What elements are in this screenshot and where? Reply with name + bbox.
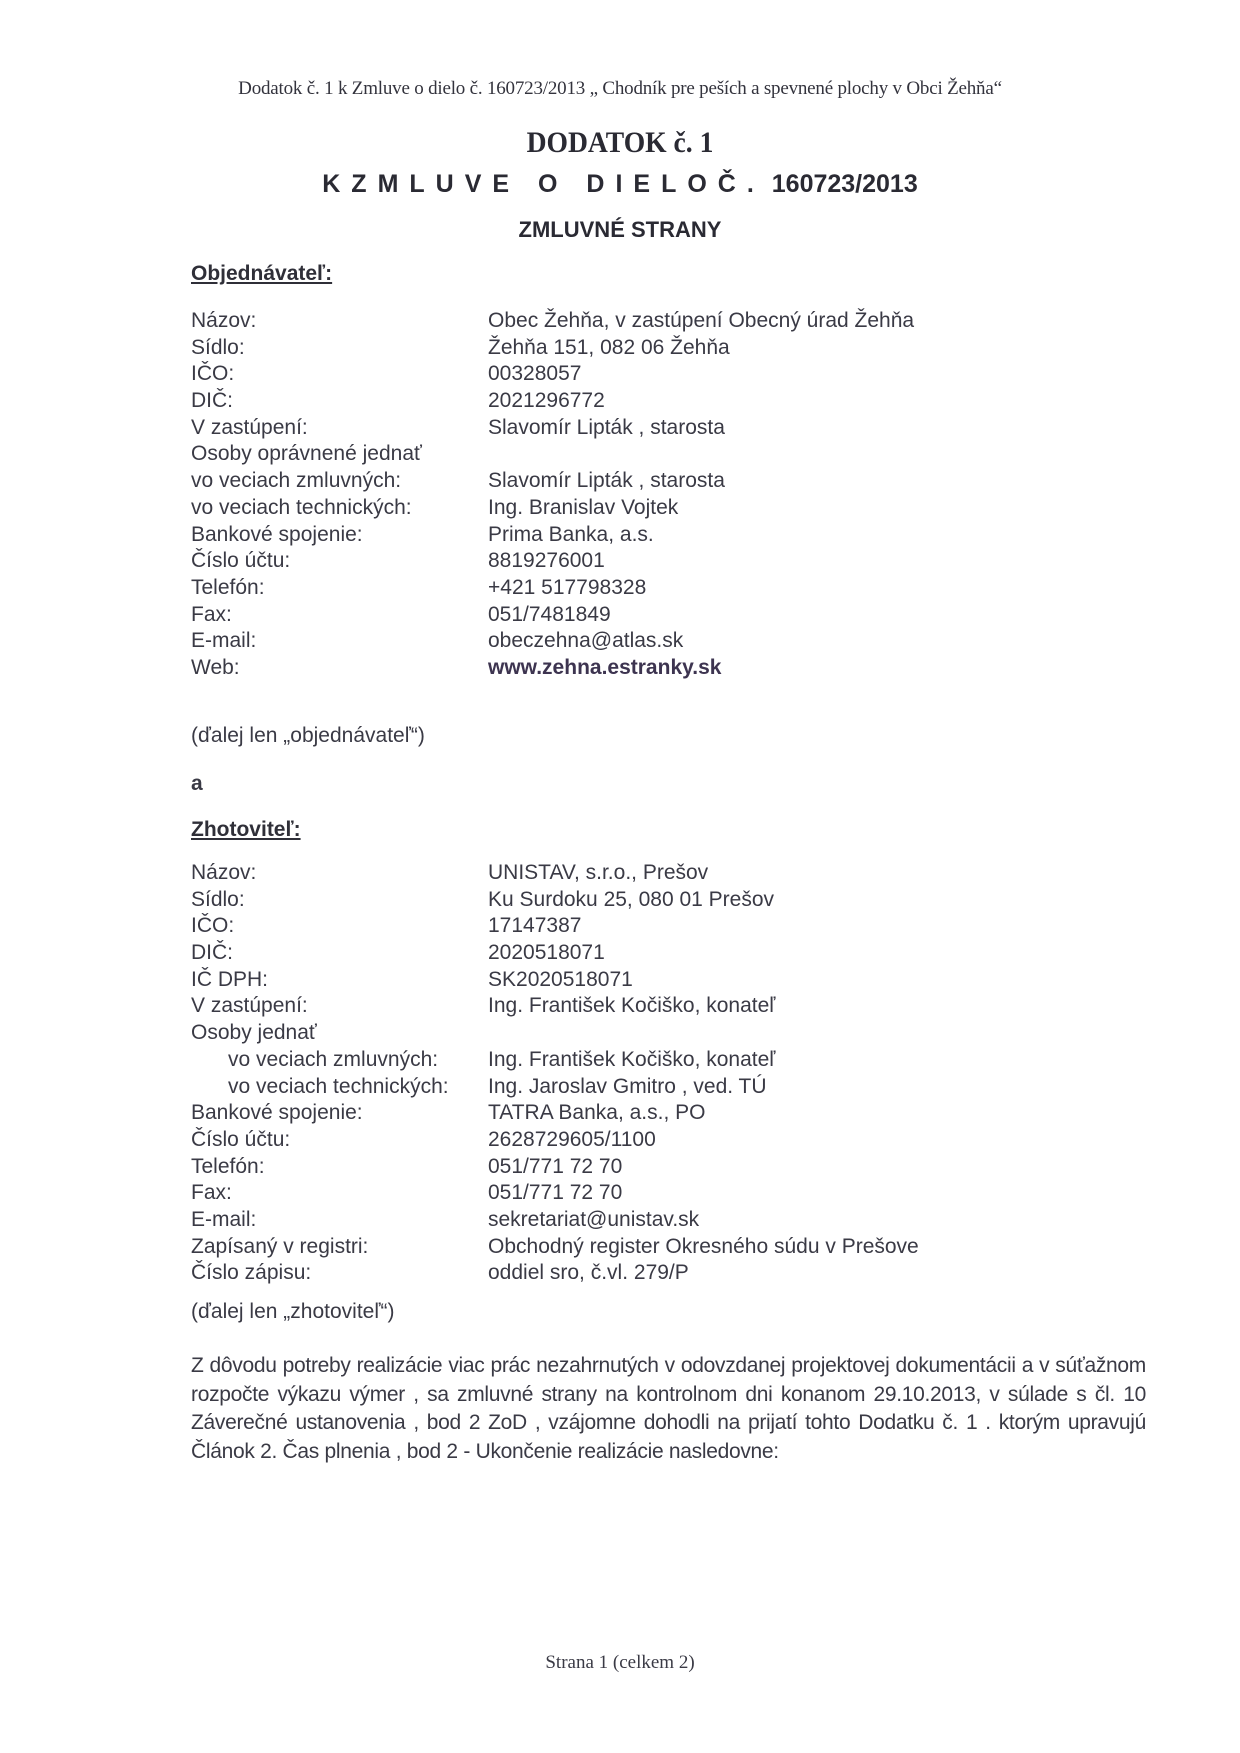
field-label: Bankové spojenie: bbox=[191, 1100, 488, 1127]
field-row: Číslo účtu:2628729605/1100 bbox=[191, 1127, 919, 1154]
objednavatel-heading: Objednávateľ: bbox=[191, 262, 332, 286]
page-footer: Strana 1 (celkem 2) bbox=[0, 1652, 1240, 1674]
running-header: Dodatok č. 1 k Zmluve o dielo č. 160723/… bbox=[0, 78, 1240, 100]
field-row: Číslo účtu:8819276001 bbox=[191, 548, 914, 575]
field-row: Názov:Obec Žehňa, v zastúpení Obecný úra… bbox=[191, 308, 914, 335]
field-label: Sídlo: bbox=[191, 335, 488, 362]
field-row: IČO:00328057 bbox=[191, 361, 914, 388]
field-label: DIČ: bbox=[191, 388, 488, 415]
field-label: Názov: bbox=[191, 860, 488, 887]
field-row: IČO:17147387 bbox=[191, 913, 919, 940]
field-row: Fax:051/7481849 bbox=[191, 602, 914, 629]
field-row: Sídlo:Žehňa 151, 082 06 Žehňa bbox=[191, 335, 914, 362]
field-value: Obchodný register Okresného súdu v Prešo… bbox=[488, 1234, 919, 1261]
field-value: 17147387 bbox=[488, 913, 581, 940]
field-row: Fax:051/771 72 70 bbox=[191, 1180, 919, 1207]
field-value: Obec Žehňa, v zastúpení Obecný úrad Žehň… bbox=[488, 308, 914, 335]
field-row: DIČ:2021296772 bbox=[191, 388, 914, 415]
field-value: 8819276001 bbox=[488, 548, 605, 575]
field-row: Bankové spojenie:TATRA Banka, a.s., PO bbox=[191, 1100, 919, 1127]
field-value: SK2020518071 bbox=[488, 967, 633, 994]
field-value: 2020518071 bbox=[488, 940, 605, 967]
field-label: Osoby jednať bbox=[191, 1020, 488, 1047]
field-label: Telefón: bbox=[191, 575, 488, 602]
field-row: Web:www.zehna.estranky.sk bbox=[191, 655, 914, 682]
email-value: sekretariat@unistav.sk bbox=[488, 1207, 699, 1234]
field-label: IČO: bbox=[191, 361, 488, 388]
field-label: Sídlo: bbox=[191, 887, 488, 914]
zhotovitel-note: (ďalej len „zhotoviteľ“) bbox=[191, 1300, 394, 1324]
field-label: Číslo účtu: bbox=[191, 548, 488, 575]
field-row: E-mail:obeczehna@atlas.sk bbox=[191, 628, 914, 655]
field-label: E-mail: bbox=[191, 628, 488, 655]
field-row: Telefón:051/771 72 70 bbox=[191, 1154, 919, 1181]
field-value: Slavomír Lipták , starosta bbox=[488, 468, 725, 495]
field-row: Názov:UNISTAV, s.r.o., Prešov bbox=[191, 860, 919, 887]
field-value: Ku Surdoku 25, 080 01 Prešov bbox=[488, 887, 774, 914]
field-label: Fax: bbox=[191, 602, 488, 629]
field-row: vo veciach zmluvných:Slavomír Lipták , s… bbox=[191, 468, 914, 495]
field-row: V zastúpení:Slavomír Lipták , starosta bbox=[191, 415, 914, 442]
objednavatel-note: (ďalej len „objednávateľ“) bbox=[191, 724, 425, 748]
field-label: Fax: bbox=[191, 1180, 488, 1207]
document-subtitle: KZMLUVE O DIELOČ. 160723/2013 bbox=[0, 170, 1240, 199]
field-row: vo veciach zmluvných:Ing. František Koči… bbox=[191, 1047, 919, 1074]
party-separator: a bbox=[191, 772, 203, 796]
zhotovitel-heading: Zhotoviteľ: bbox=[191, 818, 301, 842]
field-label: vo veciach technických: bbox=[191, 1074, 488, 1101]
field-value: Ing. Jaroslav Gmitro , ved. TÚ bbox=[488, 1074, 767, 1101]
field-label: vo veciach technických: bbox=[191, 495, 488, 522]
objednavatel-fields: Názov:Obec Žehňa, v zastúpení Obecný úra… bbox=[191, 308, 914, 682]
field-value: 00328057 bbox=[488, 361, 581, 388]
subtitle-contract-number: 160723/2013 bbox=[765, 170, 918, 198]
field-label: Web: bbox=[191, 655, 488, 682]
field-value: 051/771 72 70 bbox=[488, 1180, 622, 1207]
field-row: Sídlo:Ku Surdoku 25, 080 01 Prešov bbox=[191, 887, 919, 914]
zhotovitel-fields: Názov:UNISTAV, s.r.o., Prešov Sídlo:Ku S… bbox=[191, 860, 919, 1287]
field-value: 051/7481849 bbox=[488, 602, 611, 629]
field-label: E-mail: bbox=[191, 1207, 488, 1234]
field-value: UNISTAV, s.r.o., Prešov bbox=[488, 860, 708, 887]
field-label: Názov: bbox=[191, 308, 488, 335]
field-label: V zastúpení: bbox=[191, 415, 488, 442]
field-row: Osoby jednať bbox=[191, 1020, 919, 1047]
field-value: 2021296772 bbox=[488, 388, 605, 415]
field-row: DIČ:2020518071 bbox=[191, 940, 919, 967]
field-row: vo veciach technických:Ing. Branislav Vo… bbox=[191, 495, 914, 522]
field-label: vo veciach zmluvných: bbox=[191, 1047, 488, 1074]
field-row: E-mail:sekretariat@unistav.sk bbox=[191, 1207, 919, 1234]
email-value: obeczehna@atlas.sk bbox=[488, 628, 683, 655]
field-label: Osoby oprávnené jednať bbox=[191, 441, 488, 468]
field-value: 051/771 72 70 bbox=[488, 1154, 622, 1181]
field-row: Bankové spojenie:Prima Banka, a.s. bbox=[191, 522, 914, 549]
field-label: Telefón: bbox=[191, 1154, 488, 1181]
field-value: Prima Banka, a.s. bbox=[488, 522, 654, 549]
field-label: IČ DPH: bbox=[191, 967, 488, 994]
amendment-paragraph: Z dôvodu potreby realizácie viac prác ne… bbox=[191, 1352, 1146, 1466]
field-value: Žehňa 151, 082 06 Žehňa bbox=[488, 335, 730, 362]
web-link[interactable]: www.zehna.estranky.sk bbox=[488, 655, 721, 682]
field-label: Bankové spojenie: bbox=[191, 522, 488, 549]
field-row: Osoby oprávnené jednať bbox=[191, 441, 914, 468]
field-row: Číslo zápisu:oddiel sro, č.vl. 279/P bbox=[191, 1260, 919, 1287]
field-label: IČO: bbox=[191, 913, 488, 940]
field-row: IČ DPH:SK2020518071 bbox=[191, 967, 919, 994]
field-row: vo veciach technických:Ing. Jaroslav Gmi… bbox=[191, 1074, 919, 1101]
field-row: Telefón:+421 517798328 bbox=[191, 575, 914, 602]
field-label: Číslo zápisu: bbox=[191, 1260, 488, 1287]
section-title: ZMLUVNÉ STRANY bbox=[0, 217, 1240, 243]
field-value: Ing. František Kočiško, konateľ bbox=[488, 993, 775, 1020]
field-value: Ing. František Kočiško, konateľ bbox=[488, 1047, 775, 1074]
field-value: +421 517798328 bbox=[488, 575, 646, 602]
field-label: Číslo účtu: bbox=[191, 1127, 488, 1154]
field-label: Zapísaný v registri: bbox=[191, 1234, 488, 1261]
field-row: V zastúpení:Ing. František Kočiško, kona… bbox=[191, 993, 919, 1020]
subtitle-contract-label: KZMLUVE O DIELOČ. bbox=[322, 170, 765, 198]
field-label: DIČ: bbox=[191, 940, 488, 967]
field-label: vo veciach zmluvných: bbox=[191, 468, 488, 495]
field-row: Zapísaný v registri:Obchodný register Ok… bbox=[191, 1234, 919, 1261]
field-value: Slavomír Lipták , starosta bbox=[488, 415, 725, 442]
field-value: TATRA Banka, a.s., PO bbox=[488, 1100, 705, 1127]
document-title: DODATOK č. 1 bbox=[50, 126, 1191, 160]
field-value: 2628729605/1100 bbox=[488, 1127, 656, 1154]
field-label: V zastúpení: bbox=[191, 993, 488, 1020]
field-value: oddiel sro, č.vl. 279/P bbox=[488, 1260, 689, 1287]
field-value: Ing. Branislav Vojtek bbox=[488, 495, 678, 522]
